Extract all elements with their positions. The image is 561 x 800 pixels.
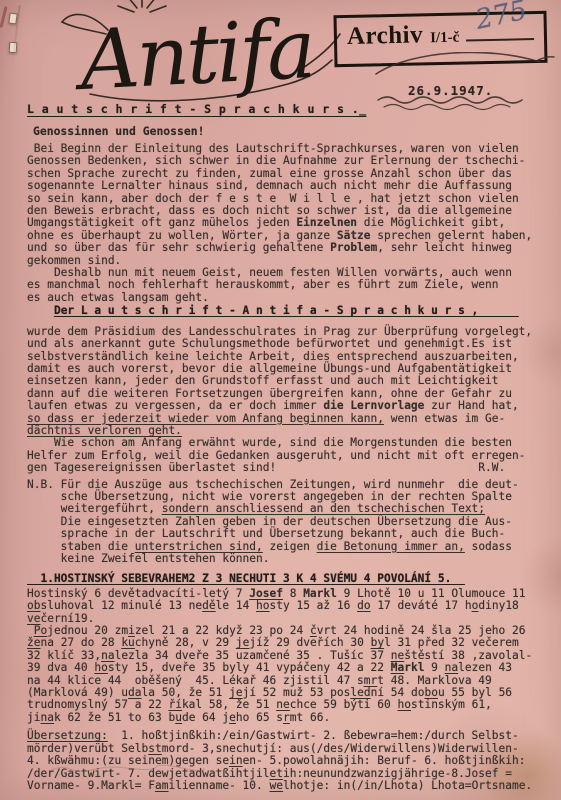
document-body: L a u t s c h r i f t - S p r a c h k u … xyxy=(27,102,549,792)
text-line: jinak 62 že 51 to 63 bude 64 jeho 65 srm… xyxy=(27,712,549,724)
paragraph-deshalb: Deshalb nun mit neuem Geist, neuem feste… xyxy=(27,267,549,304)
paragraph-nota-bene: N.B. Für die Auszüge aus tschechischen Z… xyxy=(27,479,549,566)
text-line: Vorname- 9.Markl= Familienname- 10. welh… xyxy=(27,780,549,792)
text-line: und als anerkannt gute Schulungsmethode … xyxy=(27,338,549,350)
text-line: Wie schon am Anfang erwähnt wurde, sind … xyxy=(27,437,549,449)
text-line: Genossen Bedenken, sich schwer in die Au… xyxy=(27,155,549,167)
czech-paragraph-3: (Marklová 49) udala 50, že 51 její 52 mu… xyxy=(27,687,549,724)
text-line: obsluhoval 12 minulé 13 neděle 14 hosty … xyxy=(27,600,549,612)
text-line: und so über das für sehr schwierig gehal… xyxy=(27,242,549,254)
paragraph-intro: Bei Beginn der Einleitung des Lautschrif… xyxy=(27,143,549,267)
pencil-smudge xyxy=(48,762,228,776)
corner-ink-mark xyxy=(0,6,8,28)
text-line: sogenannte Lernalter hinaus sind, demnac… xyxy=(27,180,549,192)
czech-paragraph-1: Hostinský 6 devětadvacíti-letý 7 Josef 8… xyxy=(27,588,549,625)
subheading-antifa-sprachkurs: Der L a u t s c h r i f t - A n t i f a … xyxy=(27,305,549,317)
text-line: einsetzen kann, jeder den Grundstoff erf… xyxy=(27,375,549,387)
czech-article-heading: 1.HOSTINSKÝ SEBEVRAHEM2 Z 3 NECHUTI 3 K … xyxy=(27,573,549,585)
document-date: 26.9.1947. xyxy=(408,83,493,98)
czech-paragraph-2: Pojednou 20 zmizel 21 a 22 když 23 po 24… xyxy=(27,625,549,687)
text-line: keine Zweifel entstehen können. xyxy=(27,553,549,565)
text-line: es auch etwas langsam geht. xyxy=(27,292,549,304)
logo-text: Antifa xyxy=(71,2,315,109)
stamp-label: Archiv xyxy=(347,22,424,49)
text-line: gen Tagesereignissen überlastet sind! R.… xyxy=(27,462,549,474)
text-line: Umgangstätigkeit oft ganz mühelos jeden … xyxy=(27,217,549,229)
text-line: 1.HOSTINSKÝ SEBEVRAHEM2 Z 3 NECHUTI 3 K … xyxy=(27,573,549,585)
text-line: Übersetzung: 1. hoßtjinßkih:/ein/Gastwir… xyxy=(27,730,549,742)
paragraph-morgenstunden: Wie schon am Anfang erwähnt wurde, sind … xyxy=(27,437,549,474)
scanned-document-page: Antifa Archiv I/1-č 275 26.9.1947. L a u… xyxy=(0,0,561,800)
paragraph-praesidium: wurde dem Präsidium des Landesschulrates… xyxy=(27,326,549,438)
text-line: 39 dva 40 hosty 15, dveře 35 byly 41 vyp… xyxy=(27,662,549,674)
text-line: es manchmal noch fehlerhaft herauskommt,… xyxy=(27,279,549,291)
stamp-code: I/1-č xyxy=(430,30,460,48)
text-line: sprache in der Lautschrift und Übersetzu… xyxy=(27,528,549,540)
antifa-logo: Antifa xyxy=(50,0,382,110)
text-line: weitergeführt, sondern anschliessend an … xyxy=(27,503,549,515)
text-line: Der L a u t s c h r i f t - A n t i f a … xyxy=(27,305,549,317)
salutation: Genossinnen und Genossen! xyxy=(33,124,549,138)
document-title: L a u t s c h r i f t - S p r a c h k u … xyxy=(27,102,549,116)
